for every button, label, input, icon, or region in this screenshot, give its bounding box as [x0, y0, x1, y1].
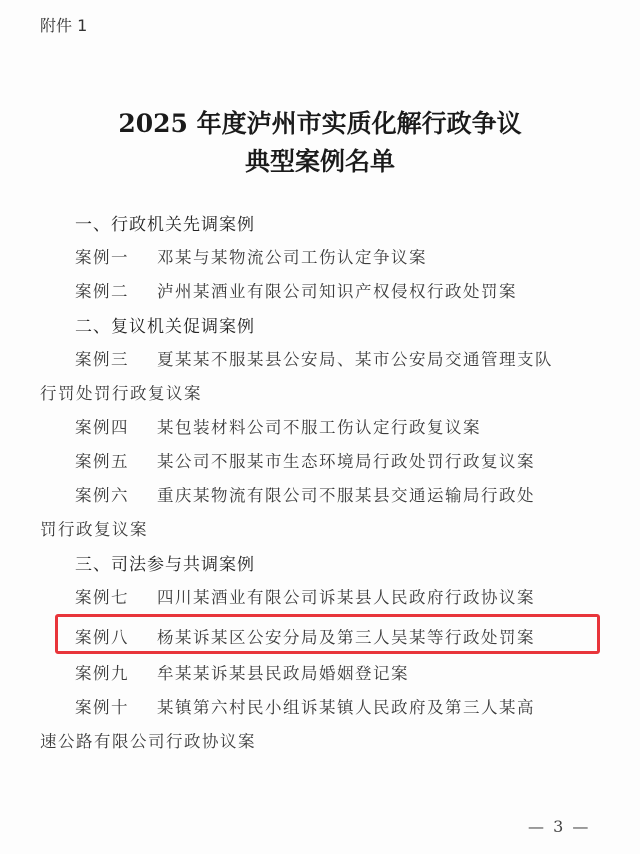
- section-heading-1: 一、行政机关先调案例: [75, 210, 255, 235]
- case-item-3-continuation: 行罚处罚行政复议案: [40, 380, 202, 404]
- case-number: 案例一: [75, 244, 157, 268]
- case-number: 案例八: [75, 624, 157, 648]
- case-number: 案例二: [75, 278, 157, 302]
- case-title: 某公司不服某市生态环境局行政处罚行政复议案: [157, 452, 535, 471]
- case-title: 邓某与某物流公司工伤认定争议案: [157, 248, 427, 267]
- case-number: 案例九: [75, 660, 157, 684]
- case-number: 案例十: [75, 694, 157, 718]
- case-number: 案例五: [75, 448, 157, 472]
- case-number: 案例三: [75, 346, 157, 370]
- case-item-3: 案例三夏某某不服某县公安局、某市公安局交通管理支队: [75, 346, 553, 370]
- case-title: 某镇第六村民小组诉某镇人民政府及第三人某高: [157, 698, 535, 717]
- case-title: 泸州某酒业有限公司知识产权侵权行政处罚案: [157, 282, 517, 301]
- case-item-4: 案例四某包装材料公司不服工伤认定行政复议案: [75, 414, 481, 438]
- case-item-2: 案例二泸州某酒业有限公司知识产权侵权行政处罚案: [75, 278, 517, 302]
- document-title-line1: 2025 年度泸州市实质化解行政争议: [0, 104, 640, 140]
- case-title: 牟某某诉某县民政局婚姻登记案: [157, 664, 409, 683]
- page-number: — 3 —: [528, 817, 590, 836]
- case-item-9: 案例九牟某某诉某县民政局婚姻登记案: [75, 660, 409, 684]
- case-number: 案例七: [75, 584, 157, 608]
- case-number: 案例六: [75, 482, 157, 506]
- case-title: 夏某某不服某县公安局、某市公安局交通管理支队: [157, 350, 553, 369]
- case-title: 杨某诉某区公安分局及第三人吴某等行政处罚案: [157, 628, 535, 647]
- case-title: 重庆某物流有限公司不服某县交通运输局行政处: [157, 486, 535, 505]
- case-item-8: 案例八杨某诉某区公安分局及第三人吴某等行政处罚案: [75, 624, 535, 648]
- case-item-6-continuation: 罚行政复议案: [40, 516, 148, 540]
- document-title-line2: 典型案例名单: [0, 142, 640, 178]
- case-number: 案例四: [75, 414, 157, 438]
- case-item-10-continuation: 速公路有限公司行政协议案: [40, 728, 256, 752]
- section-heading-2: 二、复议机关促调案例: [75, 312, 255, 337]
- case-item-7: 案例七四川某酒业有限公司诉某县人民政府行政协议案: [75, 584, 535, 608]
- case-title: 四川某酒业有限公司诉某县人民政府行政协议案: [157, 588, 535, 607]
- section-heading-3: 三、司法参与共调案例: [75, 550, 255, 575]
- case-item-5: 案例五某公司不服某市生态环境局行政处罚行政复议案: [75, 448, 535, 472]
- attachment-label: 附件 1: [40, 13, 87, 36]
- case-title: 某包装材料公司不服工伤认定行政复议案: [157, 418, 481, 437]
- case-item-1: 案例一邓某与某物流公司工伤认定争议案: [75, 244, 427, 268]
- case-item-6: 案例六重庆某物流有限公司不服某县交通运输局行政处: [75, 482, 535, 506]
- case-item-10: 案例十某镇第六村民小组诉某镇人民政府及第三人某高: [75, 694, 535, 718]
